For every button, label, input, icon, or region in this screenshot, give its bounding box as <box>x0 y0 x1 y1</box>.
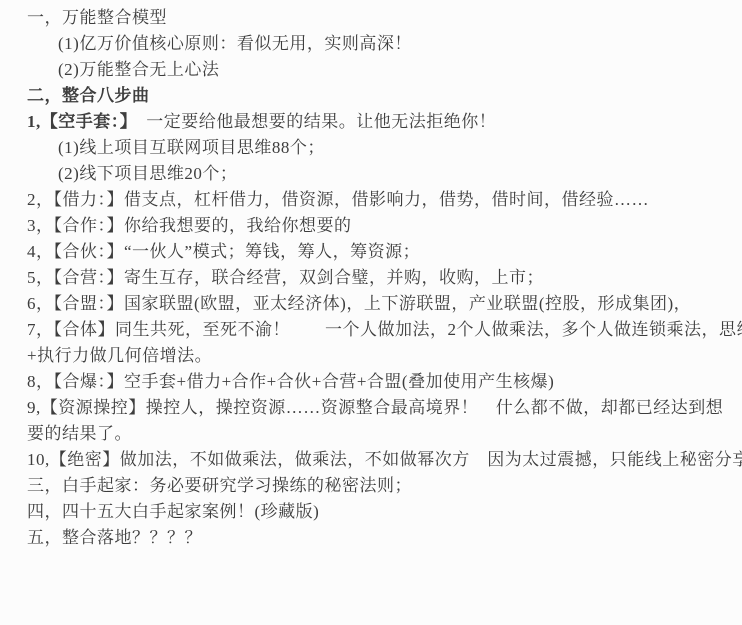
step-7-line-2: +执行力做几何倍增法。 <box>27 343 734 369</box>
section-1-point-2: (2)万能整合无上心法 <box>27 57 734 83</box>
step-4-line: 4，【合伙：】“一伙人”模式；筹钱，筹人，筹资源； <box>27 239 734 265</box>
step-7-line-1: 7，【合体】同生共死，至死不渝！ 一个人做加法，2个人做乘法，多个人做连锁乘法，… <box>27 317 734 343</box>
step-1-text: 一定要给他最想要的结果。让他无法拒绝你！ <box>129 112 497 131</box>
step-10-line: 10,【绝密】做加法，不如做乘法，做乘法，不如做幂次方 因为太过震撼，只能线上秘… <box>27 447 734 473</box>
section-2-heading: 二，整合八步曲 <box>27 83 734 109</box>
document-page: 一，万能整合模型 (1)亿万价值核心原则：看似无用，实则高深！ (2)万能整合无… <box>0 0 742 625</box>
step-8-line: 8，【合爆：】空手套+借力+合作+合伙+合营+合盟(叠加使用产生核爆) <box>27 369 734 395</box>
step-9-line-2: 要的结果了。 <box>27 421 734 447</box>
step-6-line: 6，【合盟：】国家联盟(欧盟，亚太经济体)，上下游联盟，产业联盟(控股，形成集团… <box>27 291 734 317</box>
step-1-subpoint-2: (2)线下项目思维20个； <box>27 161 734 187</box>
step-3-line: 3，【合作：】你给我想要的，我给你想要的 <box>27 213 734 239</box>
section-1-point-1: (1)亿万价值核心原则：看似无用，实则高深！ <box>27 31 734 57</box>
section-4-line: 四，四十五大白手起家案例！(珍藏版) <box>27 499 734 525</box>
step-2-line: 2，【借力：】借支点，杠杆借力，借资源，借影响力，借势，借时间，借经验…… <box>27 187 734 213</box>
step-1-line: 1,【空手套：】 一定要给他最想要的结果。让他无法拒绝你！ <box>27 109 734 135</box>
step-1-subpoint-1: (1)线上项目互联网项目思维88个； <box>27 135 734 161</box>
section-5-line: 五，整合落地？？？？ <box>27 525 734 551</box>
step-9-line-1: 9,【资源操控】操控人，操控资源……资源整合最高境界！ 什么都不做，却都已经达到… <box>27 395 734 421</box>
step-5-line: 5，【合营：】寄生互存，联合经营，双剑合璧，并购，收购，上市； <box>27 265 734 291</box>
section-1-heading: 一，万能整合模型 <box>27 5 734 31</box>
section-3-line: 三，白手起家：务必要研究学习操练的秘密法则； <box>27 473 734 499</box>
step-1-label: 1,【空手套：】 <box>27 112 129 131</box>
